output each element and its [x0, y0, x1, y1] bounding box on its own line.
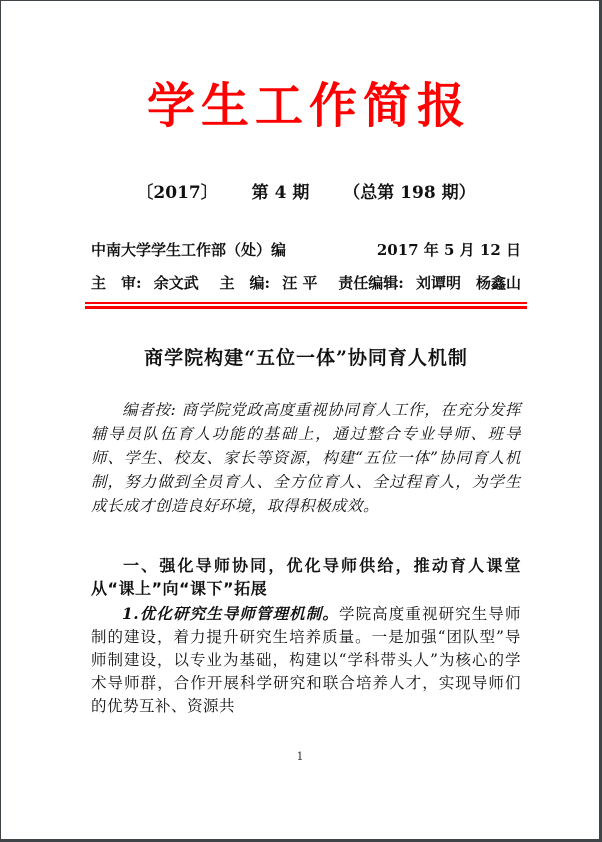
bulletin-title: 学生工作简报: [91, 77, 521, 135]
chief-reviewer: 主 审: 余文武: [91, 272, 199, 294]
duty-editors: 责任编辑: 刘谭明 杨鑫山: [338, 272, 521, 294]
section-heading: 一、强化导师协同，优化导师供给，推动育人课堂从“课上”向“课下”拓展: [91, 554, 521, 600]
editor-note-label: 编者按:: [122, 401, 182, 419]
chief-editor: 主 编: 汪 平: [219, 272, 317, 294]
chief-reviewer-label: 主 审:: [91, 274, 142, 292]
body-paragraph: 1.优化研究生导师管理机制。学院高度重视研究生导师制的建设，着力提升研究生培养质…: [91, 602, 521, 718]
chief-editor-label: 主 编:: [219, 274, 270, 292]
publish-date: 2017 年 5 月 12 日: [377, 239, 521, 261]
double-red-rule: [85, 302, 527, 309]
editors-row: 主 审: 余文武 主 编: 汪 平 责任编辑: 刘谭明 杨鑫山: [91, 272, 521, 294]
duty-editors-names: 刘谭明 杨鑫山: [416, 274, 521, 292]
page-number: 1: [1, 751, 599, 763]
chief-editor-name: 汪 平: [282, 274, 317, 292]
chief-reviewer-name: 余文武: [154, 274, 199, 292]
article-title: 商学院构建“五位一体”协同育人机制: [91, 345, 521, 371]
publisher-row: 中南大学学生工作部（处）编 2017 年 5 月 12 日: [91, 239, 521, 261]
publisher-name: 中南大学学生工作部（处）编: [91, 239, 286, 261]
duty-editors-label: 责任编辑:: [338, 274, 404, 292]
paragraph-lead: 1.优化研究生导师管理机制。: [122, 604, 339, 623]
issue-total: （总第 198 期）: [343, 183, 475, 203]
document-page: 学生工作简报 〔2017〕 第 4 期 （总第 198 期） 中南大学学生工作部…: [0, 0, 602, 842]
issue-number: 第 4 期: [252, 183, 310, 203]
issue-year: 〔2017〕: [136, 183, 217, 203]
issue-line: 〔2017〕 第 4 期 （总第 198 期）: [91, 181, 521, 205]
editor-note: 编者按: 商学院党政高度重视协同育人工作，在充分发挥辅导员队伍育人功能的基础上，…: [91, 398, 521, 518]
